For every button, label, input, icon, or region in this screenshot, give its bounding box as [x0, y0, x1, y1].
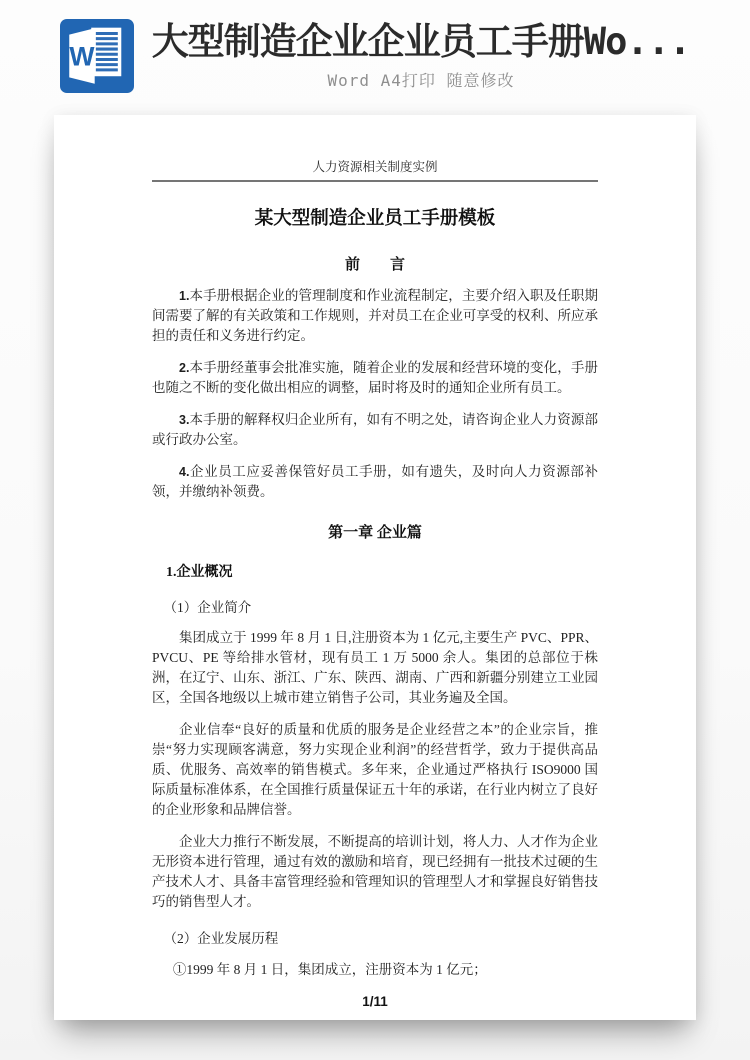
svg-text:W: W: [69, 41, 95, 71]
paragraph-text: 本手册经董事会批准实施，随着企业的发展和经营环境的变化，手册也随之不断的变化做出…: [152, 360, 598, 395]
paragraph-number: 2.: [179, 361, 189, 375]
subsection-heading: （2）企业发展历程: [152, 927, 598, 947]
paragraph-number: 1.: [179, 289, 189, 303]
listing-subtitle: Word A4打印 随意修改: [327, 68, 514, 91]
preface-item: 1.本手册根据企业的管理制度和作业流程制定，主要介绍入职及任职期间需要了解的有关…: [152, 286, 598, 346]
page-number: 1/11: [152, 994, 598, 1009]
body-paragraph: 企业信奉“良好的质量和优质的服务是企业经营之本”的企业宗旨，推崇“努力实现顾客满…: [152, 720, 598, 820]
paragraph-number: 4.: [179, 465, 189, 479]
paragraph-number: 3.: [179, 413, 189, 427]
document-preview-page: 人力资源相关制度实例 某大型制造企业员工手册模板 前 言 1.本手册根据企业的管…: [54, 115, 696, 1020]
chapter-heading: 第一章 企业篇: [152, 521, 598, 542]
listing-header: W 大型制造企业企业员工手册Wo... Word A4打印 随意修改: [0, 0, 750, 112]
doc-title: 某大型制造企业员工手册模板: [152, 204, 598, 230]
preface-item: 4.企业员工应妥善保管好员工手册，如有遗失，及时向人力资源部补领，并缴纳补领费。: [152, 462, 598, 502]
word-file-icon: W: [60, 19, 134, 93]
body-paragraph: 企业大力推行不断发展，不断提高的培训计划，将人力、人才作为企业无形资本进行管理，…: [152, 832, 598, 912]
paragraph-text: 本手册的解释权归企业所有，如有不明之处，请咨询企业人力资源部或行政办公室。: [152, 412, 598, 447]
running-header: 人力资源相关制度实例: [152, 157, 598, 180]
milestone-item: ①1999 年 8 月 1 日，集团成立，注册资本为 1 亿元；: [152, 960, 598, 980]
listing-header-text: 大型制造企业企业员工手册Wo... Word A4打印 随意修改: [152, 21, 690, 92]
body-paragraph: 集团成立于 1999 年 8 月 1 日,注册资本为 1 亿元,主要生产 PVC…: [152, 628, 598, 708]
paragraph-text: 本手册根据企业的管理制度和作业流程制定，主要介绍入职及任职期间需要了解的有关政策…: [152, 288, 598, 343]
listing-title: 大型制造企业企业员工手册Wo...: [152, 21, 690, 64]
preface-heading: 前 言: [152, 253, 598, 274]
preface-item: 2.本手册经董事会批准实施，随着企业的发展和经营环境的变化，手册也随之不断的变化…: [152, 358, 598, 398]
paragraph-text: 企业员工应妥善保管好员工手册，如有遗失，及时向人力资源部补领，并缴纳补领费。: [152, 464, 598, 499]
section-heading: 1.企业概况: [152, 561, 598, 581]
preface-item: 3.本手册的解释权归企业所有，如有不明之处，请咨询企业人力资源部或行政办公室。: [152, 410, 598, 450]
subsection-heading: （1）企业简介: [152, 596, 598, 616]
header-rule-divider: [152, 180, 598, 182]
